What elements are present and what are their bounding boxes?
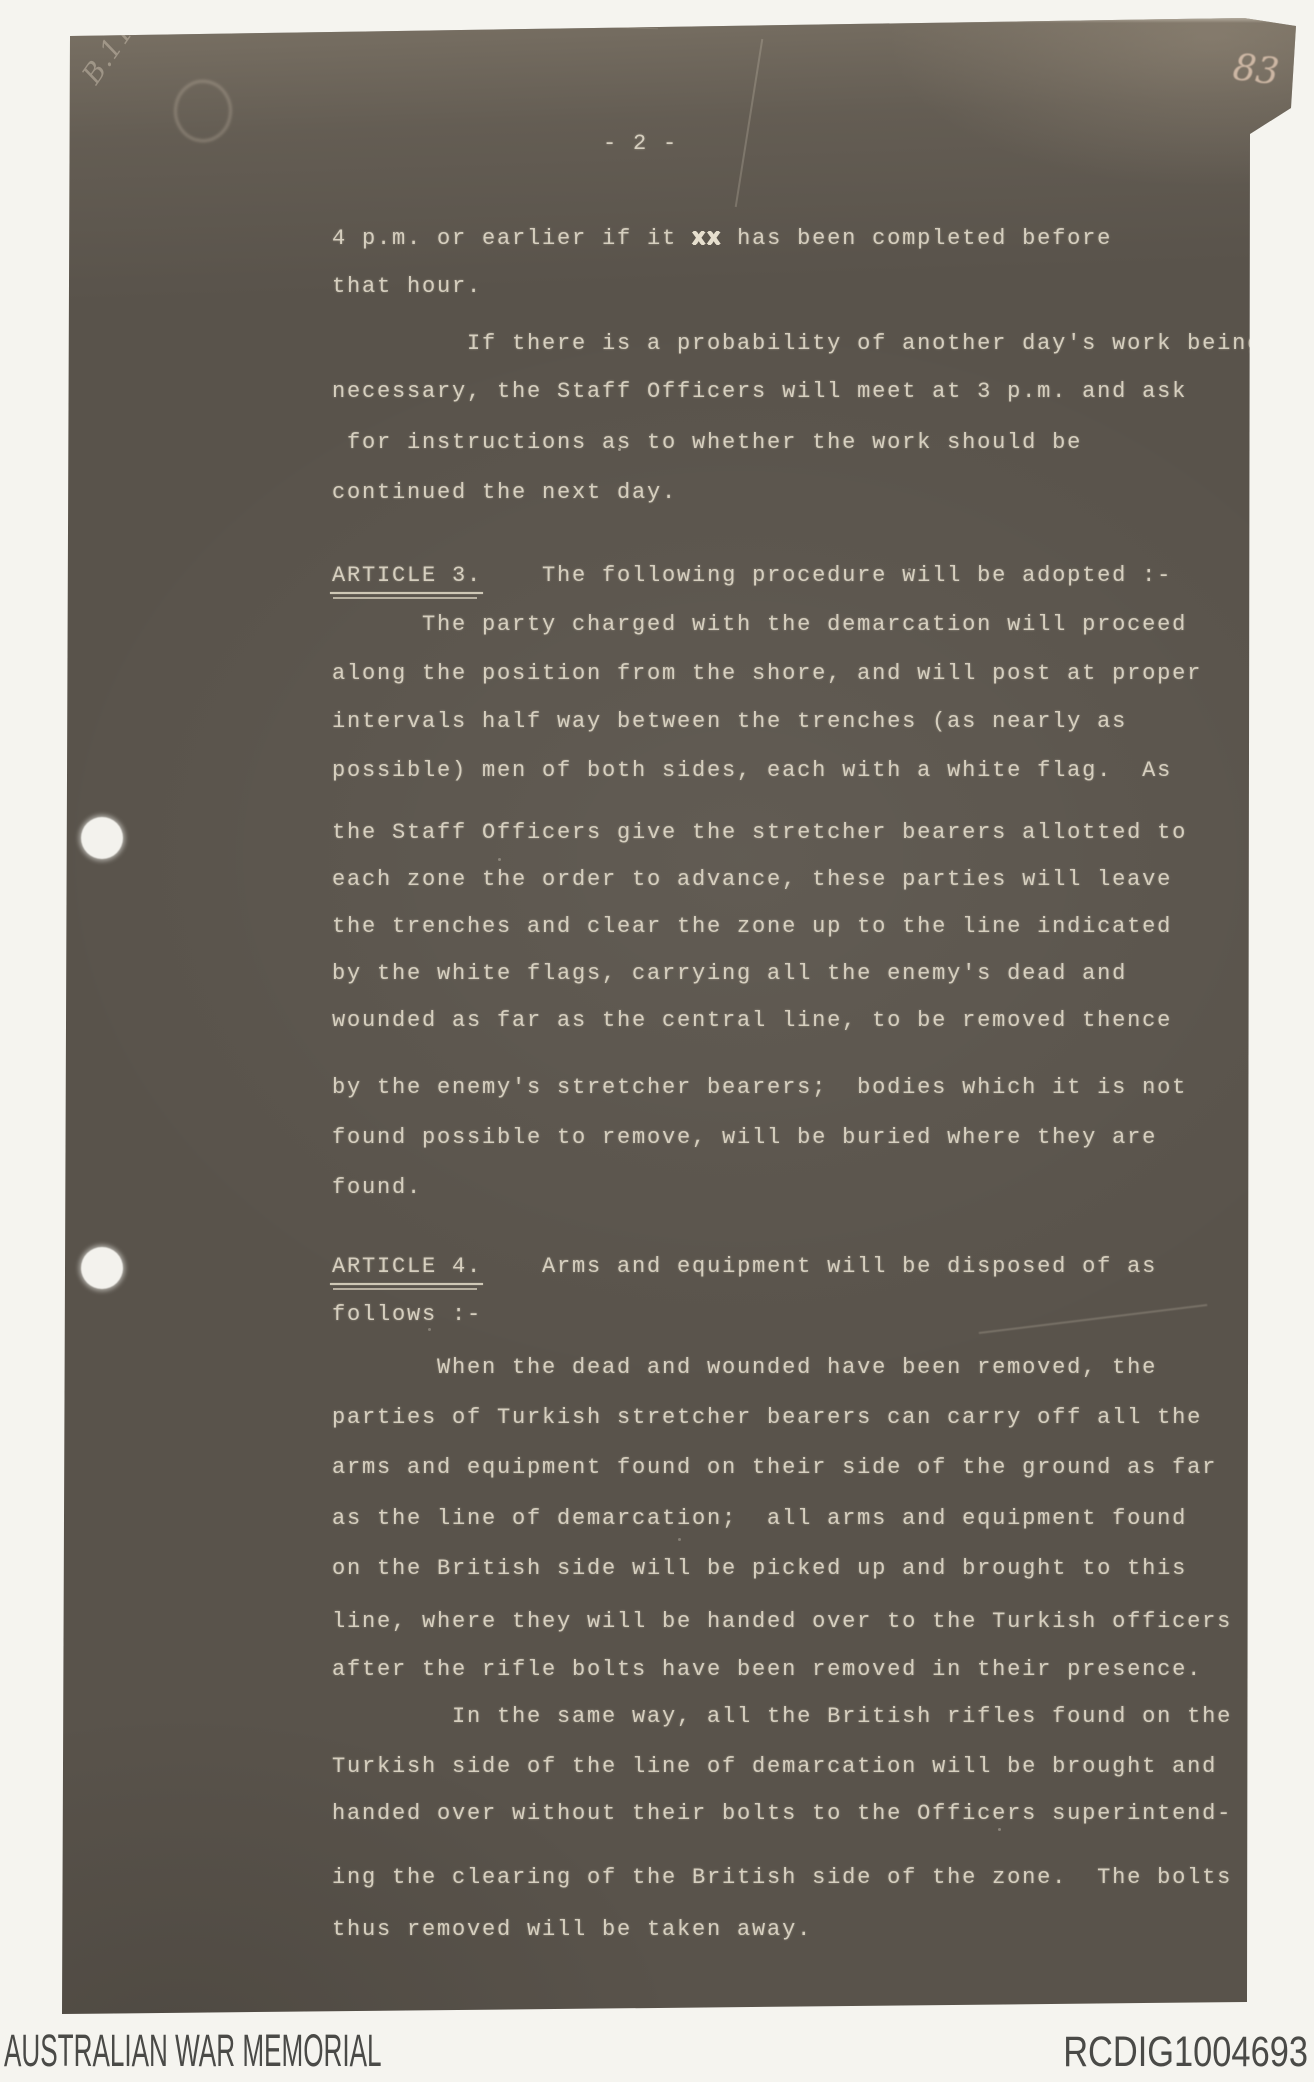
text-segment: each zone the order to advance, these pa… — [332, 867, 1172, 892]
text-segment: In the same way, all the British rifles … — [332, 1704, 1232, 1729]
text-line: follows :- — [332, 1303, 482, 1327]
text-line: If there is a probability of another day… — [332, 332, 1262, 356]
text-line: along the position from the shore, and w… — [332, 662, 1202, 686]
article-heading: ARTICLE 3. — [332, 563, 482, 590]
text-line: that hour. — [332, 275, 482, 299]
text-segment: If there is a probability of another day… — [332, 331, 1262, 356]
text-line: thus removed will be taken away. — [332, 1918, 812, 1942]
text-segment: the Staff Officers give the stretcher be… — [332, 820, 1187, 845]
text-line: on the British side will be picked up an… — [332, 1557, 1187, 1581]
scanned-paper: B.11 83 - 2 - 4 p.m. or earlier if it xx… — [58, 18, 1298, 2014]
text-line: ARTICLE 4. Arms and equipment will be di… — [332, 1255, 1157, 1279]
punch-hole-top — [81, 817, 123, 859]
text-line: Turkish side of the line of demarcation … — [332, 1755, 1217, 1779]
text-line: The party charged with the demarcation w… — [332, 613, 1187, 637]
text-line: the trenches and clear the zone up to th… — [332, 915, 1172, 939]
text-segment: by the enemy's stretcher bearers; bodies… — [332, 1075, 1187, 1100]
text-line: ARTICLE 3. The following procedure will … — [332, 564, 1172, 588]
page-number: - 2 - — [603, 132, 678, 156]
text-line: intervals half way between the trenches … — [332, 710, 1127, 734]
struck-out-text: xx — [692, 226, 722, 251]
text-line: the Staff Officers give the stretcher be… — [332, 821, 1187, 845]
text-line: When the dead and wounded have been remo… — [332, 1356, 1157, 1380]
text-segment: continued the next day. — [332, 480, 677, 505]
text-segment: along the position from the shore, and w… — [332, 661, 1202, 686]
text-line: 4 p.m. or earlier if it xx has been comp… — [332, 227, 1112, 251]
text-segment: on the British side will be picked up an… — [332, 1556, 1187, 1581]
text-line: wounded as far as the central line, to b… — [332, 1009, 1172, 1033]
text-segment: handed over without their bolts to the O… — [332, 1801, 1232, 1826]
text-segment: the trenches and clear the zone up to th… — [332, 914, 1172, 939]
text-line: possible) men of both sides, each with a… — [332, 759, 1172, 783]
text-line: line, where they will be handed over to … — [332, 1610, 1232, 1634]
text-line: necessary, the Staff Officers will meet … — [332, 380, 1187, 404]
text-line: ing the clearing of the British side of … — [332, 1866, 1232, 1890]
handwritten-note-top-left: B.11 — [77, 17, 141, 89]
text-line: In the same way, all the British rifles … — [332, 1705, 1232, 1729]
text-line: found. — [332, 1176, 422, 1200]
archive-name: AUSTRALIAN WAR MEMORIAL — [4, 2028, 382, 2073]
text-line: by the enemy's stretcher bearers; bodies… — [332, 1076, 1187, 1100]
text-segment: by the white flags, carrying all the ene… — [332, 961, 1127, 986]
text-segment: for instructions as to whether the work … — [332, 430, 1082, 455]
text-segment: arms and equipment found on their side o… — [332, 1455, 1217, 1480]
text-segment: has been completed before — [722, 226, 1112, 251]
reference-id: RCDIG1004693 — [1063, 2030, 1308, 2075]
text-segment: found. — [332, 1175, 422, 1200]
text-segment: ing the clearing of the British side of … — [332, 1865, 1232, 1890]
text-line: arms and equipment found on their side o… — [332, 1456, 1217, 1480]
text-line: found possible to remove, will be buried… — [332, 1126, 1157, 1150]
text-segment: intervals half way between the trenches … — [332, 709, 1127, 734]
text-line: after the rifle bolts have been removed … — [332, 1658, 1202, 1682]
text-segment: follows :- — [332, 1302, 482, 1327]
scratch-mark — [528, 24, 658, 30]
text-segment: Turkish side of the line of demarcation … — [332, 1754, 1217, 1779]
text-line: as the line of demarcation; all arms and… — [332, 1507, 1187, 1531]
text-segment: Arms and equipment will be disposed of a… — [482, 1254, 1157, 1279]
scratch-mark — [735, 39, 764, 207]
text-segment: after the rifle bolts have been removed … — [332, 1657, 1202, 1682]
text-segment: possible) men of both sides, each with a… — [332, 758, 1172, 783]
punch-hole-bottom — [81, 1247, 123, 1289]
text-line: for instructions as to whether the work … — [332, 431, 1082, 455]
document-scan-page: { "page": { "page_number": "- 2 -", "han… — [0, 0, 1314, 2082]
paper-speck — [618, 448, 621, 451]
article-heading: ARTICLE 4. — [332, 1254, 482, 1281]
text-line: by the white flags, carrying all the ene… — [332, 962, 1127, 986]
text-line: continued the next day. — [332, 481, 677, 505]
text-segment: that hour. — [332, 274, 482, 299]
text-segment: as the line of demarcation; all arms and… — [332, 1506, 1187, 1531]
text-line: handed over without their bolts to the O… — [332, 1802, 1232, 1826]
text-segment: 4 p.m. or earlier if it — [332, 226, 692, 251]
scratch-mark — [979, 1304, 1208, 1334]
text-segment: parties of Turkish stretcher bearers can… — [332, 1405, 1202, 1430]
text-segment: The party charged with the demarcation w… — [332, 612, 1187, 637]
text-segment: line, where they will be handed over to … — [332, 1609, 1232, 1634]
text-segment: found possible to remove, will be buried… — [332, 1125, 1157, 1150]
text-segment: wounded as far as the central line, to b… — [332, 1008, 1172, 1033]
text-line: parties of Turkish stretcher bearers can… — [332, 1406, 1202, 1430]
text-segment: thus removed will be taken away. — [332, 1917, 812, 1942]
text-line: each zone the order to advance, these pa… — [332, 868, 1172, 892]
text-segment: The following procedure will be adopted … — [482, 563, 1172, 588]
text-segment: necessary, the Staff Officers will meet … — [332, 379, 1187, 404]
stain-ring — [169, 75, 236, 148]
text-segment: When the dead and wounded have been remo… — [332, 1355, 1157, 1380]
handwritten-page-number: 83 — [1231, 47, 1281, 93]
